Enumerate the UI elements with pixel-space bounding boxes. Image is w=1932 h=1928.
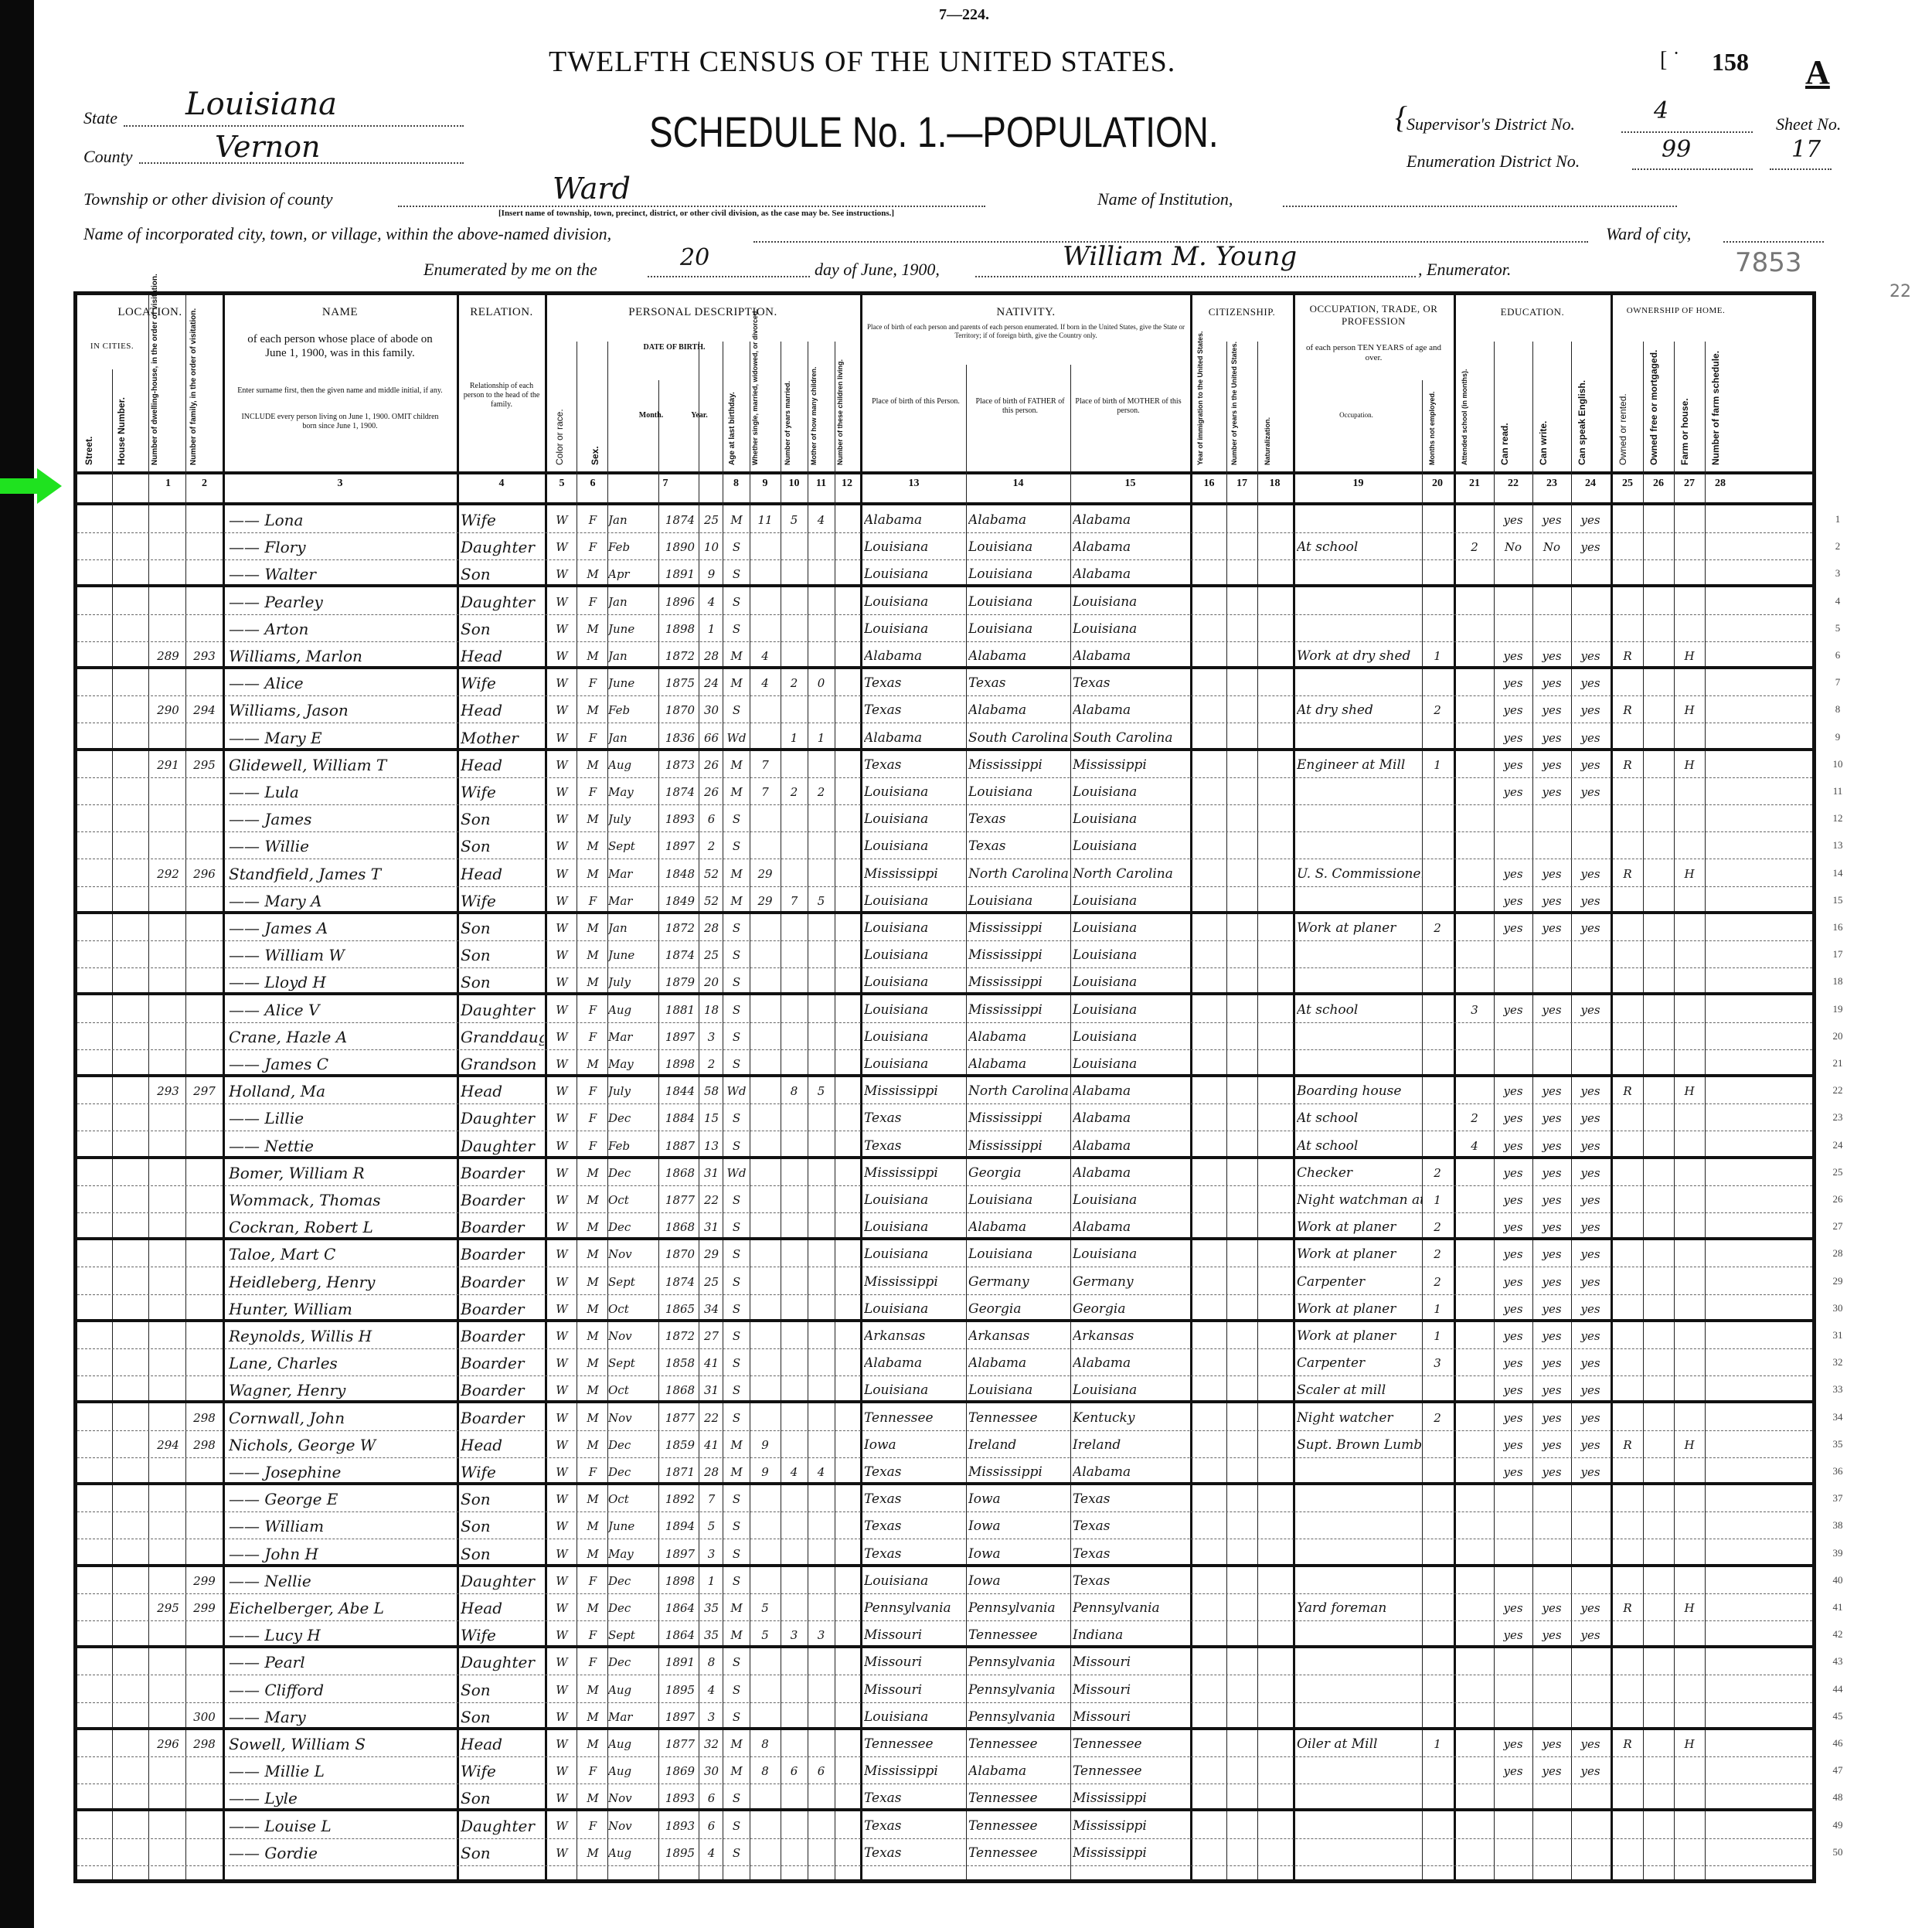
cell-occupation <box>1297 1486 1422 1512</box>
cell-month: Oct <box>608 1187 659 1213</box>
cell-living <box>808 643 835 669</box>
cell-free <box>1643 1214 1674 1240</box>
cell-month: Dec <box>608 1595 659 1621</box>
cell-mother: Alabama <box>1073 697 1189 723</box>
col-num: 18 <box>1257 478 1292 490</box>
cell-father: Iowa <box>968 1486 1070 1512</box>
cell-age: 4 <box>699 589 723 615</box>
cell-living <box>808 1704 835 1730</box>
cell-birth: Iowa <box>864 1432 966 1458</box>
cell-name: —— Pearl <box>229 1649 454 1675</box>
cell-name: Wommack, Thomas <box>229 1187 454 1213</box>
cell-dwelling: 290 <box>151 697 185 723</box>
cell-speak: yes <box>1571 725 1610 751</box>
cell-speak: yes <box>1571 1622 1610 1648</box>
cell-unemployed <box>1422 1785 1453 1811</box>
cell-unemployed <box>1422 833 1453 859</box>
cell-yrs-married <box>750 1677 781 1703</box>
hdr-location: LOCATION. <box>77 306 223 319</box>
table-row: —— Mary EMotherWFJan183666Wd11AlabamaSou… <box>77 723 1812 751</box>
cell-age: 24 <box>699 670 723 696</box>
cell-read: yes <box>1494 1350 1532 1376</box>
cell-yrs-married: 7 <box>750 779 781 805</box>
cell-sched <box>1705 861 1736 887</box>
cell-marital: M <box>723 752 750 778</box>
cell-mother: Missouri <box>1073 1649 1189 1675</box>
cell-name: —— Louise L <box>229 1813 454 1839</box>
cell-speak: yes <box>1571 1432 1610 1458</box>
cell-free <box>1643 997 1674 1023</box>
cell-dwelling <box>151 942 185 968</box>
cell-name: —— James C <box>229 1051 454 1077</box>
cell-father: Alabama <box>968 1350 1070 1376</box>
col-num: 17 <box>1226 478 1257 490</box>
cell-school <box>1455 1840 1494 1866</box>
cell-mother-of <box>781 1187 808 1213</box>
cell-year: 1874 <box>660 779 700 805</box>
cell-color: W <box>546 616 577 642</box>
cell-color: W <box>546 915 577 941</box>
table-row: 293297Holland, MaHeadWFJuly184458Wd85Mis… <box>77 1076 1812 1104</box>
cell-living: 2 <box>808 779 835 805</box>
hdr-marital: Whether single, married, widowed, or div… <box>751 326 759 465</box>
cell-living <box>808 1731 835 1757</box>
cell-age: 31 <box>699 1160 723 1186</box>
cell-year: 1874 <box>660 1269 700 1295</box>
cell-unemployed <box>1422 1024 1453 1050</box>
cell-sex: M <box>577 915 608 941</box>
cell-occupation: Carpenter <box>1297 1269 1422 1295</box>
cell-relation: Boarder <box>461 1377 544 1403</box>
hdr-dwelling: Number of dwelling-house, in the order o… <box>151 326 159 465</box>
cell-mother-of <box>781 1677 808 1703</box>
cell-marital: S <box>723 697 750 723</box>
cell-yrs-married <box>750 915 781 941</box>
cell-dwelling <box>151 1568 185 1594</box>
cell-living <box>808 861 835 887</box>
cell-birth: Tennessee <box>864 1731 966 1757</box>
cell-dwelling <box>151 1649 185 1675</box>
cell-mother-of <box>781 1813 808 1839</box>
cell-relation: Head <box>461 861 544 887</box>
cell-mother-of <box>781 1541 808 1567</box>
enum-day: 20 <box>680 244 709 271</box>
cell-owned: R <box>1612 752 1643 778</box>
col-num: 11 <box>808 478 835 490</box>
cell-read <box>1494 969 1532 995</box>
cell-read: yes <box>1494 861 1532 887</box>
col-num: 2 <box>187 478 222 490</box>
cell-year: 1897 <box>660 1541 700 1567</box>
cell-read: yes <box>1494 1622 1532 1648</box>
cell-living <box>808 833 835 859</box>
cell-mother-of <box>781 1704 808 1730</box>
table-row: Lane, CharlesBoarderWMSept185841SAlabama… <box>77 1348 1812 1376</box>
cell-unemployed <box>1422 1486 1453 1512</box>
cell-write <box>1532 589 1571 615</box>
cell-free <box>1643 1024 1674 1050</box>
table-row: —— AliceWifeWFJune187524M420TexasTexasTe… <box>77 668 1812 696</box>
cell-birth: Alabama <box>864 1350 966 1376</box>
cell-marital: S <box>723 1541 750 1567</box>
cell-yrs-married <box>750 1350 781 1376</box>
cell-read <box>1494 1813 1532 1839</box>
cell-marital: S <box>723 1649 750 1675</box>
cell-owned <box>1612 1541 1643 1567</box>
cell-father: Mississippi <box>968 1133 1070 1159</box>
scan-border <box>0 0 34 1928</box>
col-num: 7 <box>608 478 723 490</box>
cell-speak <box>1571 806 1610 832</box>
cell-occupation <box>1297 1024 1422 1050</box>
cell-speak <box>1571 1840 1610 1866</box>
cell-age: 3 <box>699 1704 723 1730</box>
hdr-birth-father: Place of birth of FATHER of this person. <box>970 397 1070 416</box>
hdr-farm-schedule: Number of farm schedule. <box>1710 334 1721 465</box>
cell-sched <box>1705 534 1736 560</box>
cell-name: —— Walter <box>229 561 454 587</box>
col-num: 12 <box>835 478 859 490</box>
line-number: 49 <box>1826 1819 1849 1831</box>
cell-family <box>187 969 222 995</box>
enum-prefix: Enumerated by me on the <box>423 260 597 280</box>
table-row: Bomer, William RBoarderWMDec186831WdMiss… <box>77 1158 1812 1186</box>
cell-mother: Louisiana <box>1073 942 1189 968</box>
cell-family <box>187 1323 222 1349</box>
schedule-title: SCHEDULE No. 1.—POPULATION. <box>649 107 1219 157</box>
cell-occupation <box>1297 779 1422 805</box>
cell-dwelling <box>151 534 185 560</box>
cell-free <box>1643 806 1674 832</box>
cell-father: Tennessee <box>968 1785 1070 1811</box>
census-table: LOCATION. IN CITIES. NAME of each person… <box>73 291 1816 1883</box>
cell-mother-of <box>781 643 808 669</box>
cell-relation: Boarder <box>461 1187 544 1213</box>
table-row: Wagner, HenryBoarderWMOct186831SLouisian… <box>77 1375 1812 1403</box>
cell-mother: North Carolina <box>1073 861 1189 887</box>
cell-unemployed <box>1422 1432 1453 1458</box>
cell-month: Apr <box>608 561 659 587</box>
cell-dwelling <box>151 589 185 615</box>
cell-dwelling <box>151 833 185 859</box>
cell-write <box>1532 1840 1571 1866</box>
cell-school <box>1455 1758 1494 1784</box>
cell-age: 2 <box>699 833 723 859</box>
cell-mother-of: 1 <box>781 725 808 751</box>
cell-mother: Louisiana <box>1073 915 1189 941</box>
cell-school <box>1455 861 1494 887</box>
cell-father: Pennsylvania <box>968 1677 1070 1703</box>
cell-family <box>187 1785 222 1811</box>
cell-yrs-married <box>750 616 781 642</box>
cell-living <box>808 1486 835 1512</box>
cell-read: yes <box>1494 1241 1532 1267</box>
cell-read: yes <box>1494 725 1532 751</box>
cell-speak: yes <box>1571 1105 1610 1131</box>
cell-sched <box>1705 616 1736 642</box>
cell-free <box>1643 752 1674 778</box>
cell-yrs-married: 29 <box>750 888 781 914</box>
cell-owned <box>1612 942 1643 968</box>
cell-month: Dec <box>608 1568 659 1594</box>
cell-color: W <box>546 942 577 968</box>
cell-sched <box>1705 1350 1736 1376</box>
cell-farm <box>1674 1840 1705 1866</box>
cell-month: Jan <box>608 643 659 669</box>
cell-family <box>187 1214 222 1240</box>
col-num: 9 <box>750 478 781 490</box>
table-row: 290294Williams, JasonHeadWMFeb187030STex… <box>77 695 1812 723</box>
hdr-dob: DATE OF BIRTH. <box>626 343 723 352</box>
cell-free <box>1643 1486 1674 1512</box>
cell-family <box>187 1813 222 1839</box>
cell-mother: Mississippi <box>1073 1813 1189 1839</box>
cell-speak: yes <box>1571 507 1610 533</box>
cell-free <box>1643 1840 1674 1866</box>
cell-school <box>1455 779 1494 805</box>
cell-father: Mississippi <box>968 969 1070 995</box>
cell-age: 41 <box>699 1350 723 1376</box>
cell-sex: M <box>577 1187 608 1213</box>
cell-farm <box>1674 1568 1705 1594</box>
cell-sex: M <box>577 1840 608 1866</box>
cell-write: yes <box>1532 643 1571 669</box>
cell-occupation <box>1297 1459 1422 1485</box>
cell-write: yes <box>1532 752 1571 778</box>
cell-living <box>808 1377 835 1403</box>
enumerator-line <box>975 276 1416 277</box>
cell-age: 41 <box>699 1432 723 1458</box>
cell-mother: Germany <box>1073 1269 1189 1295</box>
cell-farm <box>1674 1350 1705 1376</box>
table-row: —— William WSonWMJune187425SLouisianaMis… <box>77 940 1812 968</box>
cell-free <box>1643 969 1674 995</box>
institution-label: Name of Institution, <box>1097 189 1233 209</box>
cell-relation: Wife <box>461 779 544 805</box>
cell-unemployed <box>1422 616 1453 642</box>
cell-name: —— Flory <box>229 534 454 560</box>
cell-sex: M <box>577 806 608 832</box>
cell-occupation: Scaler at mill <box>1297 1377 1422 1403</box>
cell-read: No <box>1494 534 1532 560</box>
cell-father: Alabama <box>968 697 1070 723</box>
cell-birth: Louisiana <box>864 616 966 642</box>
cell-living <box>808 1677 835 1703</box>
hdr-mother-of: Mother of how many children. <box>810 326 818 465</box>
cell-occupation: U. S. Commissioner <box>1297 861 1422 887</box>
cell-unemployed: 1 <box>1422 1187 1453 1213</box>
cell-father: North Carolina <box>968 861 1070 887</box>
cell-yrs-married <box>750 561 781 587</box>
cell-birth: Louisiana <box>864 942 966 968</box>
cell-read <box>1494 1568 1532 1594</box>
cell-father: Tennessee <box>968 1731 1070 1757</box>
cell-occupation <box>1297 1513 1422 1539</box>
cell-mother-of <box>781 806 808 832</box>
cell-free <box>1643 942 1674 968</box>
cell-color: W <box>546 1269 577 1295</box>
line-number: 40 <box>1826 1574 1849 1586</box>
cell-relation: Daughter <box>461 1568 544 1594</box>
cell-farm: H <box>1674 1731 1705 1757</box>
cell-dwelling <box>151 915 185 941</box>
cell-dwelling: 289 <box>151 643 185 669</box>
cell-family <box>187 670 222 696</box>
cell-owned <box>1612 1241 1643 1267</box>
cell-mother-of <box>781 1840 808 1866</box>
line-number: 50 <box>1826 1846 1849 1858</box>
cell-yrs-married <box>750 534 781 560</box>
cell-father: Alabama <box>968 1051 1070 1077</box>
cell-month: Mar <box>608 1024 659 1050</box>
cell-occupation <box>1297 888 1422 914</box>
cell-occupation <box>1297 507 1422 533</box>
cell-mother-of: 4 <box>781 1459 808 1485</box>
cell-living <box>808 752 835 778</box>
cell-write: yes <box>1532 1187 1571 1213</box>
line-number: 37 <box>1826 1492 1849 1505</box>
cell-name: —— Arton <box>229 616 454 642</box>
cell-living <box>808 1595 835 1621</box>
cell-sex: M <box>577 861 608 887</box>
cell-year: 1864 <box>660 1595 700 1621</box>
cell-school <box>1455 643 1494 669</box>
cell-family: 293 <box>187 643 222 669</box>
cell-write: yes <box>1532 1296 1571 1322</box>
cell-marital: S <box>723 1187 750 1213</box>
cell-mother: Louisiana <box>1073 779 1189 805</box>
cell-write: yes <box>1532 861 1571 887</box>
cell-age: 28 <box>699 1459 723 1485</box>
cell-farm <box>1674 1105 1705 1131</box>
cell-color: W <box>546 969 577 995</box>
cell-owned <box>1612 1350 1643 1376</box>
cell-free <box>1643 1785 1674 1811</box>
cell-write <box>1532 833 1571 859</box>
cell-color: W <box>546 1296 577 1322</box>
cell-name: —— Alice V <box>229 997 454 1023</box>
cell-owned: R <box>1612 697 1643 723</box>
cell-speak: yes <box>1571 1377 1610 1403</box>
cell-farm <box>1674 1296 1705 1322</box>
hdr-nativity: NATIVITY. <box>862 306 1190 319</box>
cell-sched <box>1705 1758 1736 1784</box>
stamp-number: 158 <box>1712 48 1749 77</box>
cell-unemployed: 2 <box>1422 1160 1453 1186</box>
cell-sex: M <box>577 1051 608 1077</box>
cell-sched <box>1705 1377 1736 1403</box>
cell-color: W <box>546 643 577 669</box>
cell-color: W <box>546 888 577 914</box>
col-num: 3 <box>224 478 456 490</box>
cell-age: 20 <box>699 969 723 995</box>
cell-farm <box>1674 1677 1705 1703</box>
hdr-birth-person: Place of birth of this Person. <box>866 397 966 406</box>
cell-father: Texas <box>968 806 1070 832</box>
cell-sex: F <box>577 1568 608 1594</box>
cell-yrs-married: 7 <box>750 752 781 778</box>
cell-name: —— Willie <box>229 833 454 859</box>
green-arrow-icon <box>0 468 62 504</box>
line-number: 20 <box>1826 1030 1849 1042</box>
cell-relation: Boarder <box>461 1214 544 1240</box>
cell-father: Alabama <box>968 1214 1070 1240</box>
cell-mother-of <box>781 1350 808 1376</box>
cell-mother: Texas <box>1073 670 1189 696</box>
cell-yrs-married <box>750 1214 781 1240</box>
cell-birth: Louisiana <box>864 1187 966 1213</box>
table-row: —— JosephineWifeWFDec187128M944TexasMiss… <box>77 1457 1812 1485</box>
cell-relation: Boarder <box>461 1160 544 1186</box>
cell-family <box>187 1105 222 1131</box>
cell-school <box>1455 589 1494 615</box>
cell-birth: Louisiana <box>864 589 966 615</box>
cell-write: yes <box>1532 507 1571 533</box>
cell-unemployed <box>1422 1377 1453 1403</box>
cell-yrs-married <box>750 997 781 1023</box>
enumerator-name: William M. Young <box>1063 241 1297 272</box>
cell-occupation: Work at dry shed <box>1297 643 1422 669</box>
cell-sex: M <box>577 1704 608 1730</box>
cell-school <box>1455 1269 1494 1295</box>
cell-write <box>1532 616 1571 642</box>
cell-marital: M <box>723 888 750 914</box>
enum-suffix: day of June, 1900, <box>815 260 940 280</box>
cell-sex: M <box>577 1160 608 1186</box>
cell-farm <box>1674 1785 1705 1811</box>
line-number: 5 <box>1826 622 1849 634</box>
cell-farm <box>1674 1704 1705 1730</box>
cell-farm <box>1674 534 1705 560</box>
line-number: 32 <box>1826 1356 1849 1369</box>
cell-relation: Son <box>461 942 544 968</box>
cell-relation: Daughter <box>461 1813 544 1839</box>
sheet-label: Sheet No. <box>1776 114 1841 134</box>
cell-dwelling <box>151 1323 185 1349</box>
cell-write <box>1532 1568 1571 1594</box>
table-row: 295299Eichelberger, Abe LHeadWMDec186435… <box>77 1593 1812 1621</box>
cell-farm <box>1674 725 1705 751</box>
cell-age: 32 <box>699 1731 723 1757</box>
cell-owned <box>1612 1677 1643 1703</box>
cell-month: Mar <box>608 888 659 914</box>
cell-mother: Alabama <box>1073 1133 1189 1159</box>
cell-age: 30 <box>699 697 723 723</box>
cell-mother: Mississippi <box>1073 752 1189 778</box>
cell-mother-of <box>781 861 808 887</box>
cell-family <box>187 589 222 615</box>
cell-farm <box>1674 561 1705 587</box>
cell-marital: S <box>723 1840 750 1866</box>
cell-read: yes <box>1494 507 1532 533</box>
cell-name: —— Millie L <box>229 1758 454 1784</box>
cell-read <box>1494 1024 1532 1050</box>
cell-free <box>1643 589 1674 615</box>
cell-yrs-married <box>750 1785 781 1811</box>
cell-read: yes <box>1494 1105 1532 1131</box>
cell-owned: R <box>1612 861 1643 887</box>
cell-dwelling <box>151 1704 185 1730</box>
cell-unemployed: 1 <box>1422 1296 1453 1322</box>
cell-sched <box>1705 1595 1736 1621</box>
cell-speak: yes <box>1571 1160 1610 1186</box>
cell-speak <box>1571 833 1610 859</box>
cell-occupation <box>1297 1541 1422 1567</box>
cell-dwelling <box>151 1677 185 1703</box>
cell-marital: S <box>723 1350 750 1376</box>
cell-color: W <box>546 1405 577 1431</box>
cell-dwelling: 295 <box>151 1595 185 1621</box>
